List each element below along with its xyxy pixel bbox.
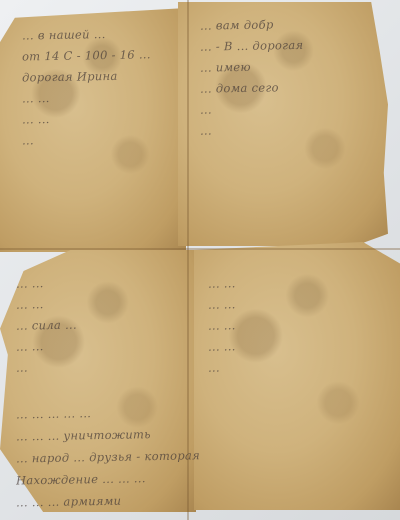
handwriting-bottom-left: ... ... ... ... ... сила ... ... ... ... — [0, 262, 220, 377]
handwritten-line: ... — [208, 354, 400, 378]
handwriting-top-right: ... вам добр ... - В ... дорогая ... име… — [184, 4, 400, 140]
handwriting-bottom-right: ... ... ... ... ... ... ... ... ... — [192, 262, 400, 377]
handwritten-line: ... — [22, 127, 198, 151]
handwritten-line: ... — [200, 117, 396, 141]
handwriting-top-left: ... в нашей ... от 14 С - 100 - 16 ... д… — [6, 14, 206, 150]
horizontal-fold-line — [0, 248, 400, 250]
handwritten-line: ... — [16, 354, 212, 378]
handwriting-bottom: ... ... ... ... ... ... ... ... уничтожи… — [0, 390, 400, 510]
